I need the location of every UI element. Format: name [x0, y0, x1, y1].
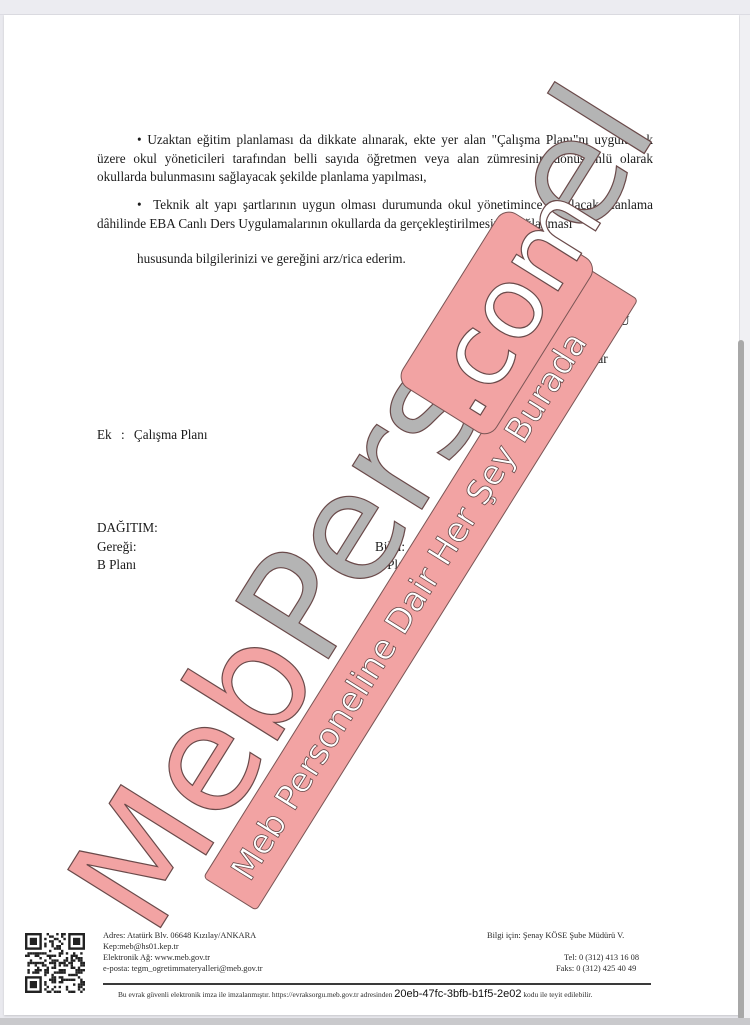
- verification-text: Bu evrak güvenli elektronik imza ile imz…: [118, 990, 392, 999]
- bullet: •: [137, 132, 142, 147]
- attachment-line: Ek : Çalışma Planı: [97, 426, 208, 444]
- distribution-info-value: A Planı: [375, 556, 414, 574]
- distribution-info-label: Bilgi:: [375, 538, 405, 556]
- footer-kep: Kep:meb@hs01.kep.tr: [103, 942, 179, 952]
- paragraph-1-text: Uzaktan eğitim planlaması da dikkate alı…: [97, 132, 653, 184]
- footer-divider: [103, 983, 651, 985]
- paragraph-2: • Teknik alt yapı şartlarının uygun olma…: [97, 196, 653, 233]
- distribution-action-value: B Planı: [97, 556, 136, 574]
- footer-fax: Faks: 0 (312) 425 40 49: [556, 964, 636, 974]
- closing-sentence: hususunda bilgilerinizi ve gereğini arz/…: [137, 251, 406, 267]
- distribution-action-label: Gereği:: [97, 538, 137, 556]
- paragraph-1: • Uzaktan eğitim planlaması da dikkate a…: [97, 131, 653, 187]
- attachment-label: Ek: [97, 427, 112, 442]
- signer-title: Genel Müdür: [537, 351, 608, 367]
- scrollbar-thumb[interactable]: [738, 340, 744, 1020]
- signer-authority: Bakan a.: [549, 332, 595, 348]
- footer-email[interactable]: e-posta: tegm_ogretimmateryalleri@meb.go…: [103, 964, 263, 974]
- paragraph-2-text: Teknik alt yapı şartlarının uygun olması…: [97, 197, 653, 231]
- footer-tel: Tel: 0 (312) 413 16 08: [564, 953, 639, 963]
- verification-code: 20eb-47fc-3bfb-b1f5-2e02: [394, 988, 521, 1000]
- signer-name: Dr. Cem GENÇOĞLU: [509, 313, 630, 329]
- verification-suffix: kodu ile teyit edilebilir.: [523, 990, 592, 999]
- footer-verification: Bu evrak güvenli elektronik imza ile imz…: [118, 989, 592, 1000]
- bullet: •: [137, 197, 142, 212]
- qr-code-icon: [24, 933, 86, 993]
- viewer-top-bar: [0, 0, 750, 15]
- footer-address: Adres: Atatürk Blv. 06648 Kızılay/ANKARA: [103, 931, 256, 941]
- footer-contact-person: Bilgi için: Şenay KÖSE Şube Müdürü V.: [487, 931, 624, 941]
- attachment-link[interactable]: Çalışma Planı: [134, 427, 208, 442]
- viewer-bottom-edge: [0, 1018, 750, 1025]
- attachment-separator: :: [121, 427, 125, 442]
- footer-web[interactable]: Elektronik Ağ: www.meb.gov.tr: [103, 953, 210, 963]
- distribution-heading: DAĞITIM:: [97, 519, 158, 537]
